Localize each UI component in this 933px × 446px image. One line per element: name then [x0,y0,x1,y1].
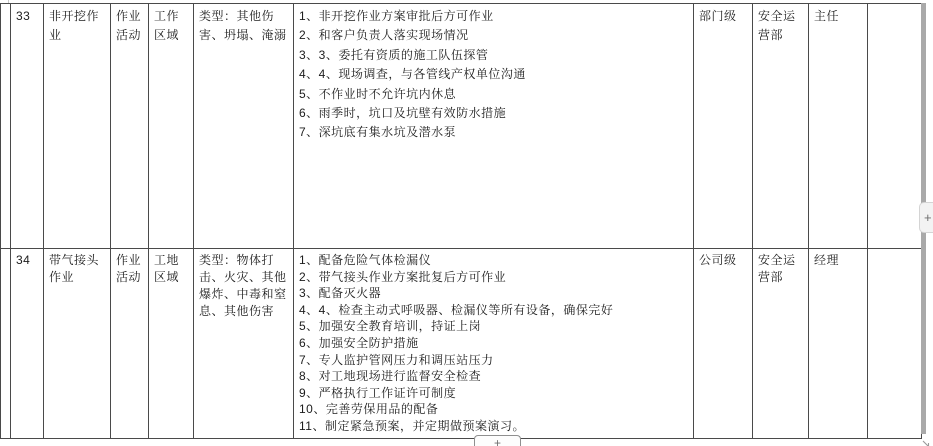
cell-area[interactable]: 工作区域 [149,4,194,249]
measure-line: 7、深坑底有集水坑及潜水泵 [299,123,688,142]
cell-activity-type[interactable]: 作业活动 [111,4,149,249]
cell-department[interactable]: 安全运营部 [753,4,809,249]
cell-area[interactable]: 工地区域 [149,249,194,439]
measure-line: 5、加强安全教育培训，持证上岗 [299,318,688,335]
measure-line: 7、专人监护管网压力和调压站压力 [299,352,688,369]
table-row: 33 非开挖作业 作业活动 工作区域 类型：其他伤害、坍塌、淹溺 1、非开挖作业… [1,4,922,249]
cell-activity-name[interactable]: 带气接头作业 [44,249,111,439]
measure-line: 9、严格执行工作证许可制度 [299,385,688,402]
measure-line: 2、带气接头作业方案批复后方可作业 [299,269,688,286]
cell-control-measures[interactable]: 1、非开挖作业方案审批后方可作业 2、和客户负责人落实现场情况 3、3、委托有资… [294,4,694,249]
measure-line: 11、制定紧急预案，并定期做预案演习。 [299,418,688,435]
measure-line: 6、加强安全防护措施 [299,335,688,352]
cell-cropped-left [1,4,11,249]
cell-serial[interactable]: 33 [11,4,44,249]
cell-hazard-type[interactable]: 类型：其他伤害、坍塌、淹溺 [194,4,294,249]
resize-arrow-icon [922,440,931,446]
cell-department[interactable]: 安全运营部 [753,249,809,439]
cell-cropped-left [1,249,11,439]
cell-activity-name[interactable]: 非开挖作业 [44,4,111,249]
measure-line: 4、4、现场调查，与各管线产权单位沟通 [299,65,688,84]
measure-line: 1、非开挖作业方案审批后方可作业 [299,7,688,26]
measure-line: 8、对工地现场进行监督安全检查 [299,368,688,385]
risk-control-table: 33 非开挖作业 作业活动 工作区域 类型：其他伤害、坍塌、淹溺 1、非开挖作业… [0,3,922,439]
measure-line: 6、雨季时，坑口及坑壁有效防水措施 [299,104,688,123]
cell-control-level[interactable]: 公司级 [694,249,753,439]
cell-serial[interactable]: 34 [11,249,44,439]
cell-control-level[interactable]: 部门级 [694,4,753,249]
cell-remark[interactable] [868,249,922,439]
cell-activity-type[interactable]: 作业活动 [111,249,149,439]
cell-remark[interactable] [868,4,922,249]
add-row-button[interactable]: + [474,435,521,446]
table-resize-handle-icon[interactable] [922,436,931,445]
measure-line: 10、完善劳保用品的配备 [299,401,688,418]
document-page: 33 非开挖作业 作业活动 工作区域 类型：其他伤害、坍塌、淹溺 1、非开挖作业… [0,0,933,446]
measure-line: 3、3、委托有资质的施工队伍探管 [299,46,688,65]
measure-line: 4、4、检查主动式呼吸器、检漏仪等所有设备，确保完好 [299,302,688,319]
measure-line: 3、配备灭火器 [299,285,688,302]
cell-hazard-type[interactable]: 类型：物体打击、火灾、其他爆炸、中毒和窒息、其他伤害 [194,249,294,439]
cell-responsible[interactable]: 经理 [809,249,868,439]
cell-responsible[interactable]: 主任 [809,4,868,249]
cell-control-measures[interactable]: 1、配备危险气体检漏仪 2、带气接头作业方案批复后方可作业 3、配备灭火器 4、… [294,249,694,439]
plus-icon: + [924,210,932,225]
table-row: 34 带气接头作业 作业活动 工地区域 类型：物体打击、火灾、其他爆炸、中毒和窒… [1,249,922,439]
measure-line: 1、配备危险气体检漏仪 [299,252,688,269]
measure-line: 5、不作业时不允许坑内休息 [299,85,688,104]
measure-line: 2、和客户负责人落实现场情况 [299,26,688,45]
plus-icon: + [494,436,501,446]
add-column-button[interactable]: + [919,202,933,233]
